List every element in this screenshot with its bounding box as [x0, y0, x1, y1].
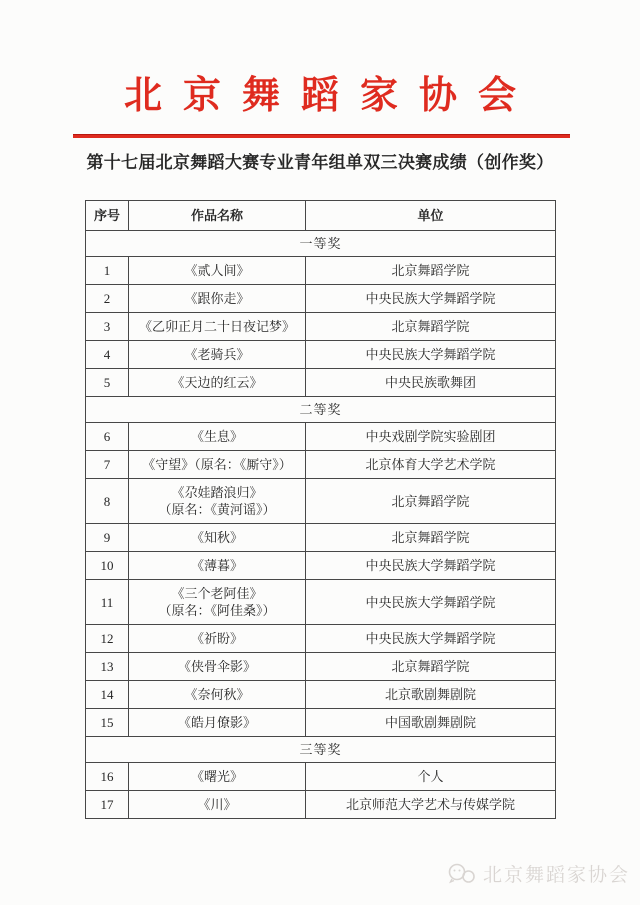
table-header: 序号作品名称单位: [86, 201, 556, 231]
table-row: 6《生息》中央戏剧学院实验剧团: [86, 423, 556, 451]
cell-unit: 北京舞蹈学院: [306, 479, 556, 524]
table-row: 15《皓月僚影》中国歌剧舞剧院: [86, 709, 556, 737]
cell-no: 12: [86, 625, 129, 653]
award-tier-label: 三等奖: [86, 737, 556, 763]
cell-no: 3: [86, 313, 129, 341]
cell-no: 11: [86, 580, 129, 625]
header-divider: [73, 134, 570, 138]
table-row: 5《天边的红云》中央民族歌舞团: [86, 369, 556, 397]
cell-no: 14: [86, 681, 129, 709]
cell-no: 1: [86, 257, 129, 285]
cell-no: 15: [86, 709, 129, 737]
cell-work: 《川》: [129, 791, 306, 819]
cell-unit: 北京舞蹈学院: [306, 313, 556, 341]
cell-unit: 中央民族大学舞蹈学院: [306, 580, 556, 625]
column-header: 作品名称: [129, 201, 306, 231]
cell-unit: 北京歌剧舞剧院: [306, 681, 556, 709]
cell-no: 8: [86, 479, 129, 524]
table-row: 8《尕娃踏浪归》 （原名：《黄河谣》）北京舞蹈学院: [86, 479, 556, 524]
cell-unit: 北京师范大学艺术与传媒学院: [306, 791, 556, 819]
cell-unit: 中央民族大学舞蹈学院: [306, 625, 556, 653]
cell-work: 《天边的红云》: [129, 369, 306, 397]
section-row: 二等奖: [86, 397, 556, 423]
table-row: 4《老骑兵》中央民族大学舞蹈学院: [86, 341, 556, 369]
cell-work: 《薄暮》: [129, 552, 306, 580]
cell-work: 《老骑兵》: [129, 341, 306, 369]
cell-work: 《贰人间》: [129, 257, 306, 285]
cell-unit: 中央民族大学舞蹈学院: [306, 285, 556, 313]
association-name: 北京舞蹈家协会: [0, 64, 640, 119]
cell-work: 《三个老阿佳》 （原名：《阿佳桑》）: [129, 580, 306, 625]
table-row: 2《跟你走》中央民族大学舞蹈学院: [86, 285, 556, 313]
cell-no: 5: [86, 369, 129, 397]
table-row: 14《奈何秋》北京歌剧舞剧院: [86, 681, 556, 709]
cell-no: 7: [86, 451, 129, 479]
cell-unit: 个人: [306, 763, 556, 791]
cell-unit: 北京舞蹈学院: [306, 257, 556, 285]
cell-no: 16: [86, 763, 129, 791]
cell-work: 《乙卯正月二十日夜记梦》: [129, 313, 306, 341]
cell-work: 《守望》（原名：《厮守》）: [129, 451, 306, 479]
watermark-label: 北京舞蹈家协会: [483, 860, 630, 887]
cell-unit: 北京舞蹈学院: [306, 524, 556, 552]
cell-unit: 中央民族大学舞蹈学院: [306, 341, 556, 369]
cell-unit: 中央民族大学舞蹈学院: [306, 552, 556, 580]
table-row: 16《曙光》个人: [86, 763, 556, 791]
cell-no: 6: [86, 423, 129, 451]
cell-work: 《曙光》: [129, 763, 306, 791]
table-row: 9《知秋》北京舞蹈学院: [86, 524, 556, 552]
document-page: 北京舞蹈家协会 第十七届北京舞蹈大赛专业青年组单双三决赛成绩（创作奖） 序号作品…: [0, 0, 640, 905]
table-row: 13《侠骨伞影》北京舞蹈学院: [86, 653, 556, 681]
cell-work: 《祈盼》: [129, 625, 306, 653]
section-row: 三等奖: [86, 737, 556, 763]
table-row: 3《乙卯正月二十日夜记梦》北京舞蹈学院: [86, 313, 556, 341]
cell-work: 《皓月僚影》: [129, 709, 306, 737]
award-tier-label: 二等奖: [86, 397, 556, 423]
document-title: 第十七届北京舞蹈大赛专业青年组单双三决赛成绩（创作奖）: [0, 148, 640, 173]
cell-work: 《生息》: [129, 423, 306, 451]
cell-unit: 中央戏剧学院实验剧团: [306, 423, 556, 451]
award-tier-label: 一等奖: [86, 231, 556, 257]
table-row: 1《贰人间》北京舞蹈学院: [86, 257, 556, 285]
cell-no: 10: [86, 552, 129, 580]
section-row: 一等奖: [86, 231, 556, 257]
cell-no: 2: [86, 285, 129, 313]
cell-work: 《知秋》: [129, 524, 306, 552]
header-row: 序号作品名称单位: [86, 201, 556, 231]
table-row: 7《守望》（原名：《厮守》）北京体育大学艺术学院: [86, 451, 556, 479]
cell-no: 4: [86, 341, 129, 369]
table-row: 10《薄暮》中央民族大学舞蹈学院: [86, 552, 556, 580]
table-row: 12《祈盼》中央民族大学舞蹈学院: [86, 625, 556, 653]
watermark: 北京舞蹈家协会: [448, 860, 630, 887]
cell-work: 《跟你走》: [129, 285, 306, 313]
results-table: 序号作品名称单位 一等奖1《贰人间》北京舞蹈学院2《跟你走》中央民族大学舞蹈学院…: [85, 200, 556, 819]
cell-no: 13: [86, 653, 129, 681]
cell-unit: 中国歌剧舞剧院: [306, 709, 556, 737]
cell-work: 《侠骨伞影》: [129, 653, 306, 681]
cell-unit: 北京舞蹈学院: [306, 653, 556, 681]
cell-work: 《奈何秋》: [129, 681, 306, 709]
table-row: 17《川》北京师范大学艺术与传媒学院: [86, 791, 556, 819]
cell-no: 17: [86, 791, 129, 819]
cell-unit: 中央民族歌舞团: [306, 369, 556, 397]
column-header: 序号: [86, 201, 129, 231]
column-header: 单位: [306, 201, 556, 231]
cell-work: 《尕娃踏浪归》 （原名：《黄河谣》）: [129, 479, 306, 524]
cell-no: 9: [86, 524, 129, 552]
wechat-logo-icon: [448, 862, 478, 886]
cell-unit: 北京体育大学艺术学院: [306, 451, 556, 479]
table-row: 11《三个老阿佳》 （原名：《阿佳桑》）中央民族大学舞蹈学院: [86, 580, 556, 625]
